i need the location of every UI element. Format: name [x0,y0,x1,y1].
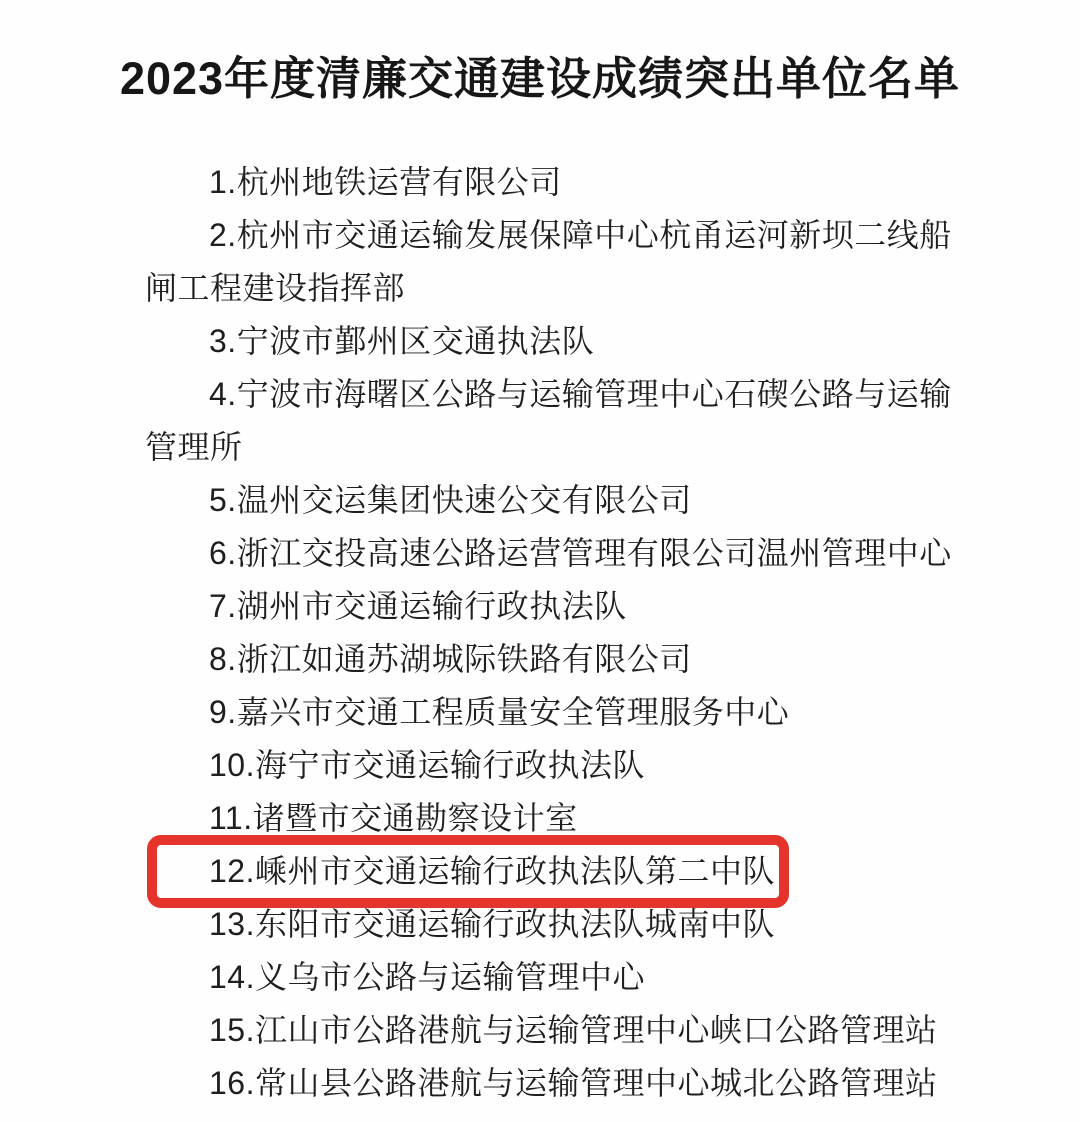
item-number: 10. [209,747,255,783]
item-number: 16. [209,1065,255,1101]
item-number: 14. [209,959,255,995]
item-number: 5. [209,482,237,518]
item-name: 杭州市交通运输发展保障中心杭甬运河新坝二线船闸工程建设指挥部 [145,217,952,306]
list-item-highlighted: 12.嵊州市交通运输行政执法队第二中队 [145,845,952,898]
item-name: 江山市公路港航与运输管理中心峡口公路管理站 [255,1012,938,1048]
item-name: 浙江如通苏湖城际铁路有限公司 [237,641,692,677]
item-number: 1. [209,164,237,200]
item-number: 3. [209,323,237,359]
item-number: 7. [209,588,237,624]
item-name: 嘉兴市交通工程质量安全管理服务中心 [237,694,790,730]
unit-list: 1.杭州地铁运营有限公司 2.杭州市交通运输发展保障中心杭甬运河新坝二线船闸工程… [0,156,1080,1110]
item-name: 常山县公路港航与运输管理中心城北公路管理站 [255,1065,938,1101]
page-title: 2023年度清廉交通建设成绩突出单位名单 [0,0,1080,107]
item-name: 杭州地铁运营有限公司 [237,164,562,200]
list-item: 8.浙江如通苏湖城际铁路有限公司 [145,633,952,686]
item-number: 9. [209,694,237,730]
list-item: 14.义乌市公路与运输管理中心 [145,951,952,1004]
list-item: 6.浙江交投高速公路运营管理有限公司温州管理中心 [145,527,952,580]
item-name: 浙江交投高速公路运营管理有限公司温州管理中心 [237,535,952,571]
item-name: 温州交运集团快速公交有限公司 [237,482,692,518]
list-item: 15.江山市公路港航与运输管理中心峡口公路管理站 [145,1004,952,1057]
list-item: 3.宁波市鄞州区交通执法队 [145,315,952,368]
item-number: 6. [209,535,237,571]
document-page: 2023年度清廉交通建设成绩突出单位名单 1.杭州地铁运营有限公司 2.杭州市交… [0,0,1080,1122]
item-name: 海宁市交通运输行政执法队 [255,747,645,783]
item-number: 12. [209,853,255,889]
list-item: 9.嘉兴市交通工程质量安全管理服务中心 [145,686,952,739]
item-number: 8. [209,641,237,677]
list-item: 10.海宁市交通运输行政执法队 [145,739,952,792]
item-name: 嵊州市交通运输行政执法队第二中队 [255,853,775,889]
highlighted-item-container: 12.嵊州市交通运输行政执法队第二中队 [145,845,952,898]
list-item: 5.温州交运集团快速公交有限公司 [145,474,952,527]
item-number: 2. [209,217,237,253]
list-item: 7.湖州市交通运输行政执法队 [145,580,952,633]
list-item: 4.宁波市海曙区公路与运输管理中心石碶公路与运输管理所 [145,368,952,474]
item-number: 15. [209,1012,255,1048]
item-name: 义乌市公路与运输管理中心 [255,959,645,995]
item-number: 13. [209,906,255,942]
list-item: 16.常山县公路港航与运输管理中心城北公路管理站 [145,1057,952,1110]
item-name: 宁波市鄞州区交通执法队 [237,323,595,359]
item-name: 东阳市交通运输行政执法队城南中队 [255,906,775,942]
item-name: 湖州市交通运输行政执法队 [237,588,627,624]
list-item: 13.东阳市交通运输行政执法队城南中队 [145,898,952,951]
item-number: 4. [209,376,237,412]
list-item: 11.诸暨市交通勘察设计室 [145,792,952,845]
list-item: 2.杭州市交通运输发展保障中心杭甬运河新坝二线船闸工程建设指挥部 [145,209,952,315]
item-name: 诸暨市交通勘察设计室 [253,800,578,836]
item-number: 11. [209,800,253,836]
item-name: 宁波市海曙区公路与运输管理中心石碶公路与运输管理所 [145,376,952,465]
list-item: 1.杭州地铁运营有限公司 [145,156,952,209]
